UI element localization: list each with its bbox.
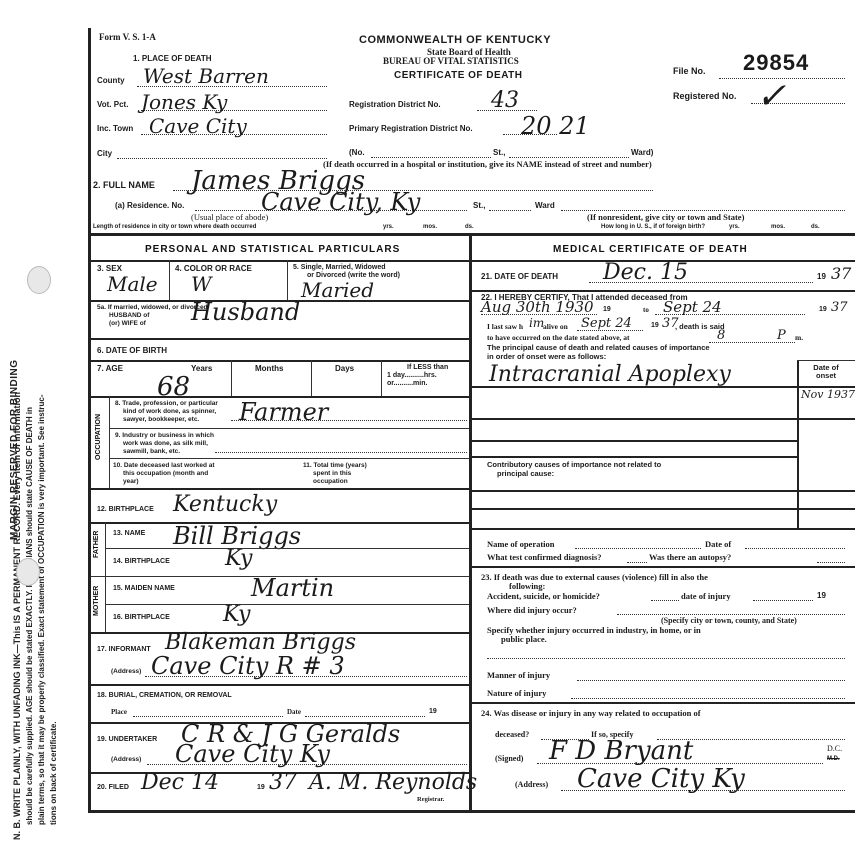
mother-maiden-label: 15. MAIDEN NAME	[113, 585, 175, 592]
divider	[169, 260, 170, 300]
physician-address: Cave City Ky	[577, 764, 745, 794]
race-label: 4. COLOR OR RACE	[175, 264, 252, 273]
industry-label: 9. Industry or business in whichwork was…	[115, 432, 214, 456]
external-label-2: following:	[509, 581, 545, 591]
manner-line	[577, 680, 845, 681]
attended-to-year-prefix: 19	[819, 306, 827, 313]
birthplace-label: 12. BIRTHPLACE	[97, 506, 154, 513]
binding-margin: N. B. WRITE PLAINLY, WITH UNFADING INK—T…	[0, 0, 86, 854]
street-line	[509, 157, 629, 158]
form-number: Form V. S. 1-A	[99, 32, 156, 42]
cause-line	[469, 508, 855, 510]
inc-town-value: Cave City	[149, 114, 247, 138]
industry-place-line	[487, 658, 845, 659]
occurred-label: to have occurred on the date stated abov…	[487, 333, 630, 342]
vot-pct-value: Jones Ky	[141, 90, 227, 114]
undertaker-address-label: (Address)	[111, 756, 141, 763]
place-of-death-label: 1. PLACE OF DEATH	[133, 54, 212, 63]
filed-year-value: 37	[269, 770, 297, 795]
bureau-title: BUREAU OF VITAL STATISTICS	[383, 56, 519, 66]
last-saw-year-prefix: 19	[651, 322, 659, 329]
filed-label: 20. FILED	[97, 784, 129, 791]
principal-cause-label-1: The principal cause of death and related…	[487, 343, 710, 352]
how-long-us-label: How long in U. S., if of foreign birth?	[601, 224, 705, 230]
us-mos-label: mos.	[771, 224, 785, 230]
cause-line	[469, 456, 797, 458]
street-no-line	[371, 157, 491, 158]
us-yrs-label: yrs.	[729, 224, 740, 230]
days-label: Days	[335, 364, 354, 373]
separator	[91, 488, 469, 490]
manner-label: Manner of injury	[487, 670, 550, 680]
death-year-prefix: 19	[817, 272, 826, 281]
accident-line	[651, 600, 679, 601]
last-worked-label: 10. Date deceased last worked atthis occ…	[113, 462, 215, 486]
cause-line	[469, 528, 855, 530]
test-label: What test confirmed diagnosis?	[487, 552, 602, 562]
street-label: St.,	[493, 148, 505, 157]
dob-label: 6. DATE OF BIRTH	[97, 346, 167, 355]
injury-year-prefix: 19	[817, 591, 826, 600]
where-line	[617, 614, 845, 615]
physician-signature: F D Bryant	[549, 736, 693, 766]
deceased-label: deceased?	[495, 730, 529, 739]
separator	[91, 338, 469, 340]
inc-town-label: Inc. Town	[97, 124, 133, 133]
length-of-residence-label: Length of residence in city or town wher…	[93, 224, 256, 230]
attended-from-year-prefix: 19	[603, 306, 611, 313]
residence-label: (a) Residence. No.	[115, 201, 184, 210]
less-than-label: If LESS than1 day..........hrs.or.......…	[387, 364, 448, 388]
registration-district-value: 43	[491, 88, 519, 113]
principal-cause-label-2: in order of onset were as follows:	[487, 352, 606, 361]
attended-to-value: Sept 24	[663, 298, 722, 316]
residence-st-label: St.,	[473, 201, 485, 210]
usual-place-note: (Usual place of abode)	[191, 212, 268, 222]
cause-line	[469, 490, 855, 492]
burial-date-line	[305, 716, 425, 717]
separator	[469, 566, 855, 568]
commonwealth-title: COMMONWEALTH OF KENTUCKY	[359, 34, 551, 46]
medical-section-title: MEDICAL CERTIFICATE OF DEATH	[553, 244, 748, 255]
burial-label: 18. BURIAL, CREMATION, OR REMOVAL	[97, 692, 232, 699]
length-mos-label: mos.	[423, 224, 437, 230]
marital-value: Maried	[301, 278, 374, 302]
address-label: (Address)	[515, 780, 548, 789]
binding-title: MARGIN RESERVED FOR BINDING	[9, 359, 20, 540]
father-group-label: FATHER	[93, 531, 100, 558]
primary-registration-value: 20 21	[521, 112, 590, 140]
death-year-value: 37	[831, 264, 851, 283]
operation-date-label: Date of	[705, 539, 731, 549]
divider	[381, 360, 382, 396]
cause-value: Intracranial Apoplexy	[489, 362, 731, 387]
alive-on-label: alive on	[543, 322, 568, 331]
death-certificate-form: Form V. S. 1-A COMMONWEALTH OF KENTUCKY …	[88, 28, 855, 813]
mother-birthplace-label: 16. BIRTHPLACE	[113, 614, 170, 621]
burial-place-label: Place	[111, 708, 127, 716]
divider	[797, 360, 855, 361]
divider	[231, 360, 232, 396]
trade-label: 8. Trade, profession, or particularkind …	[115, 400, 218, 424]
separator	[469, 290, 855, 292]
residence-ward-label: Ward	[535, 201, 555, 210]
separator	[91, 233, 855, 236]
cause-line	[469, 386, 855, 388]
filed-date-value: Dec 14	[141, 770, 219, 795]
burial-year-label: 19	[429, 708, 437, 715]
md-label: M.D.	[827, 756, 840, 762]
undertaker-address-value: Cave City Ky	[175, 740, 330, 768]
autopsy-label: Was there an autopsy?	[649, 552, 731, 562]
residence-ward-line	[561, 210, 845, 211]
informant-address-value: Cave City R # 3	[151, 652, 345, 680]
file-no-value: 29854	[743, 50, 809, 76]
divider	[109, 428, 469, 429]
injury-date-label: date of injury	[681, 591, 731, 601]
contributory-label-1: Contributory causes of importance not re…	[487, 460, 661, 469]
separator	[91, 260, 469, 262]
operation-line	[575, 548, 701, 549]
burial-place-line	[133, 716, 283, 717]
hospital-note: (If death occurred in a hospital or inst…	[323, 159, 652, 169]
separator	[91, 360, 469, 362]
date-of-death-label: 21. DATE OF DEATH	[481, 272, 558, 281]
divider	[109, 396, 110, 488]
vot-pct-label: Vot. Pct.	[97, 100, 128, 109]
specify-city-label: (Specify city or town, county, and State…	[661, 616, 797, 625]
cause-line	[469, 418, 855, 420]
industry-line	[215, 452, 467, 453]
where-label: Where did injury occur?	[487, 605, 577, 615]
registration-district-label: Registration District No.	[349, 100, 441, 109]
attended-to-year: 37	[831, 300, 848, 315]
punch-hole	[27, 266, 51, 294]
county-value: West Barren	[143, 64, 269, 88]
spouse-value: Husband	[191, 298, 300, 326]
last-saw-label: I last saw h	[487, 322, 523, 331]
months-label: Months	[255, 364, 283, 373]
specify-industry-label-2: public place.	[501, 634, 547, 644]
mother-maiden-value: Martin	[251, 574, 334, 602]
personal-section-title: PERSONAL AND STATISTICAL PARTICULARS	[145, 244, 400, 255]
primary-registration-label: Primary Registration District No.	[349, 124, 473, 133]
ward-label: Ward)	[631, 148, 653, 157]
us-ds-label: ds.	[811, 224, 820, 230]
father-birthplace-label: 14. BIRTHPLACE	[113, 558, 170, 565]
county-label: County	[97, 76, 125, 85]
divider	[287, 260, 288, 300]
signed-suffix: D.C.	[827, 744, 842, 753]
separator	[469, 702, 855, 704]
nature-line	[571, 698, 845, 699]
attended-from-value: Aug 30th 1930	[481, 298, 594, 316]
occupation-related-label: 24. Was disease or injury in any way rel…	[481, 708, 701, 718]
operation-date-line	[745, 548, 845, 549]
last-saw-pronoun: im	[529, 316, 544, 330]
operation-label: Name of operation	[487, 539, 555, 549]
father-name-label: 13. NAME	[113, 530, 145, 537]
last-saw-value: Sept 24	[581, 316, 632, 331]
signed-label: (Signed)	[495, 754, 523, 763]
ampm-value: P	[777, 328, 786, 343]
registered-no-label: Registered No.	[673, 91, 737, 101]
trade-value: Farmer	[239, 398, 328, 426]
residence-st-line	[489, 210, 531, 211]
nature-label: Nature of injury	[487, 688, 546, 698]
instructions-line-4: tions on back of certificate.	[48, 721, 59, 825]
attended-to-label: to	[643, 306, 649, 314]
birthplace-value: Kentucky	[173, 492, 277, 517]
m-label: m.	[795, 333, 803, 342]
file-no-label: File No.	[673, 66, 706, 76]
divider	[105, 548, 469, 549]
cause-line	[469, 440, 797, 442]
test-line	[627, 562, 647, 563]
sex-value: Male	[107, 272, 158, 296]
informant-address-label: (Address)	[111, 668, 141, 675]
mother-group-label: MOTHER	[93, 586, 100, 616]
years-label: Years	[191, 364, 212, 373]
accident-label: Accident, suicide, or homicide?	[487, 591, 600, 601]
injury-date-line	[753, 600, 813, 601]
certificate-title: CERTIFICATE OF DEATH	[394, 70, 523, 81]
length-yrs-label: yrs.	[383, 224, 394, 230]
undertaker-label: 19. UNDERTAKER	[97, 736, 157, 743]
onset-value: Nov 1937	[801, 388, 855, 401]
mother-birthplace-value: Ky	[223, 602, 250, 627]
date-of-death-value: Dec. 15	[603, 260, 688, 285]
separator	[91, 684, 469, 686]
informant-label: 17. INFORMANT	[97, 646, 151, 653]
divider	[105, 522, 106, 632]
street-no-label: (No.	[349, 148, 365, 157]
residence-value: Cave City, Ky	[261, 188, 420, 216]
instructions-line-3: plain terms, so that it may be properly …	[36, 395, 47, 825]
filed-year-prefix: 19	[257, 784, 265, 791]
occupation-group-label: OCCUPATION	[95, 414, 102, 460]
autopsy-line	[817, 562, 845, 563]
nonresident-note: (If nonresident, give city or town and S…	[587, 212, 744, 222]
instructions-line-2: should be carefully supplied. AGE should…	[24, 407, 35, 825]
race-value: W	[191, 272, 212, 296]
city-line	[117, 158, 327, 159]
age-label: 7. AGE	[97, 364, 123, 373]
length-ds-label: ds.	[465, 224, 474, 230]
burial-date-label: Date	[287, 708, 301, 716]
column-divider	[469, 233, 472, 810]
onset-header: Date of onset	[803, 364, 849, 380]
contributory-label-2: principal cause:	[497, 469, 554, 478]
hour-value: 8	[717, 328, 725, 343]
punch-hole	[16, 558, 40, 586]
registered-checkmark: ✓	[756, 76, 786, 117]
full-name-label: 2. FULL NAME	[93, 180, 155, 190]
divider	[311, 360, 312, 396]
registrar-label: Registrar.	[417, 796, 444, 803]
father-birthplace-value: Ky	[225, 546, 252, 571]
city-label: City	[97, 149, 112, 158]
registrar-signature: A. M. Reynolds	[309, 770, 477, 795]
divider	[105, 604, 469, 605]
divider	[109, 458, 469, 459]
total-time-label: 11. Total time (years)spent in thisoccup…	[303, 462, 367, 486]
